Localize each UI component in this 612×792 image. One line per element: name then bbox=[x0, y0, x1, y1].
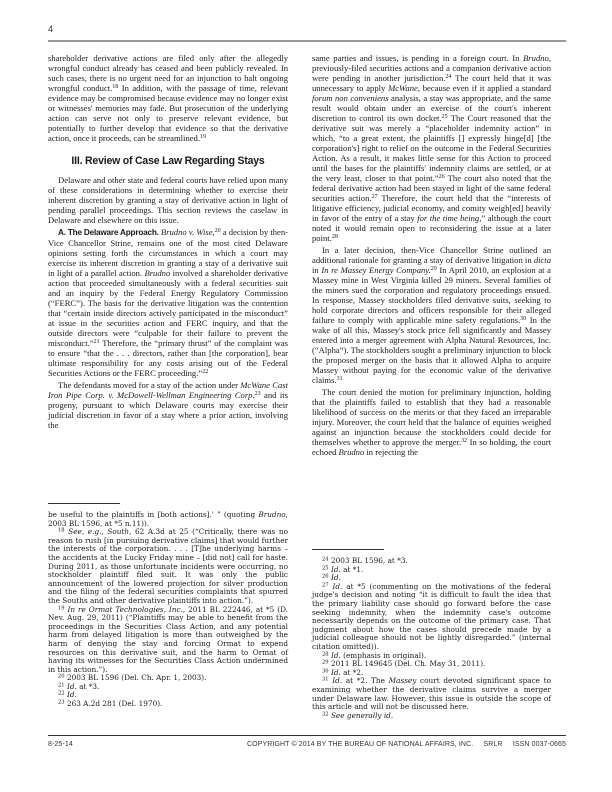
footnote: 18 See, e.g., South, 62 A.3d at 25 (“Cri… bbox=[48, 528, 288, 605]
case-name: In re Massey Energy Company. bbox=[321, 265, 430, 275]
right-footnotes: 24 2003 BL 1596, at *3. 25 Id. at *1. 26… bbox=[312, 549, 551, 720]
right-column: same parties and issues, is pending in a… bbox=[312, 53, 551, 457]
case-name: Brudno v. Wise, bbox=[161, 227, 215, 237]
footnote: 25 Id. at *1. bbox=[312, 566, 551, 575]
body-paragraph: A. The Delaware Approach. Brudno v. Wise… bbox=[48, 227, 288, 378]
body-paragraph: same parties and issues, is pending in a… bbox=[312, 53, 551, 243]
issue-date: 8-25-14 bbox=[48, 741, 73, 748]
body-paragraph: Delaware and other state and federal cou… bbox=[48, 175, 288, 225]
footnote: 19 In re Ormat Technologies, Inc., 2011 … bbox=[48, 606, 288, 675]
issn: ISSN 0037-0665 bbox=[513, 741, 566, 748]
footnote: 31 Id. at *2. The Massey court devoted s… bbox=[312, 677, 551, 711]
left-footnotes: be useful to the plaintiffs in [both act… bbox=[48, 503, 288, 709]
body-paragraph: In a later decision, then-Vice Chancello… bbox=[312, 245, 551, 385]
footnote: 32 See generally id. bbox=[312, 712, 551, 721]
footnote: 27 Id. at *5 (commenting on the motivati… bbox=[312, 583, 551, 652]
body-paragraph: The defendants moved for a stay of the a… bbox=[48, 380, 288, 430]
section-heading: III. Review of Case Law Regarding Stays bbox=[58, 156, 279, 166]
body-paragraph: shareholder derivative actions are filed… bbox=[48, 53, 288, 143]
footnote: 21 Id. at *3. bbox=[48, 683, 288, 692]
subsection-heading: A. The Delaware Approach. bbox=[58, 228, 159, 237]
left-column: shareholder derivative actions are filed… bbox=[48, 53, 288, 430]
footnote-ref[interactable]: 19 bbox=[200, 134, 206, 140]
page-number: 4 bbox=[48, 24, 53, 34]
footer-rule bbox=[48, 735, 566, 736]
footnote-ref[interactable]: 22 bbox=[202, 369, 208, 375]
footnote: 23 263 A.2d 281 (Del. 1970). bbox=[48, 700, 288, 709]
footnote: be useful to the plaintiffs in [both act… bbox=[48, 511, 288, 528]
body-paragraph: The court denied the motion for prelimin… bbox=[312, 387, 551, 457]
header-rule bbox=[48, 40, 566, 42]
footnote-divider bbox=[48, 503, 120, 504]
footnote-ref[interactable]: 28 bbox=[332, 234, 338, 240]
footnote-ref[interactable]: 31 bbox=[337, 376, 343, 382]
footnote-divider bbox=[312, 549, 384, 550]
footer-copyright: COPYRIGHT © 2014 BY THE BUREAU OF NATION… bbox=[247, 741, 566, 748]
journal-code: SRLR bbox=[484, 741, 503, 748]
